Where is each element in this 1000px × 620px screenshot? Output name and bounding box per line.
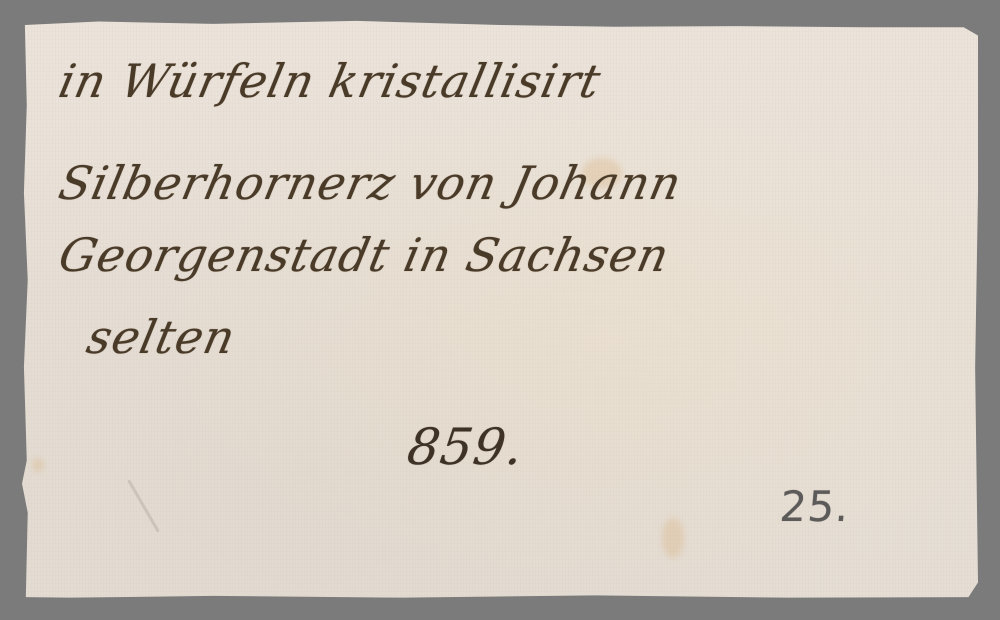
handwritten-line-1: in Würfeln kristallisirt (54, 54, 606, 108)
handwritten-line-2: Silberhornerz von Johann (54, 156, 686, 210)
foxing-stain (32, 458, 44, 472)
faint-pencil-mark (127, 479, 160, 532)
pencil-inventory-number: 25. (778, 482, 852, 531)
handwritten-line-4: selten (82, 310, 240, 364)
specimen-label-paper: in Würfeln kristallisirt Silberhornerz v… (22, 18, 978, 600)
catalog-number: 859. (404, 418, 527, 476)
foxing-stain (662, 518, 684, 558)
scan-background: in Würfeln kristallisirt Silberhornerz v… (0, 0, 1000, 620)
handwritten-line-3: Georgenstadt in Sachsen (54, 228, 674, 282)
